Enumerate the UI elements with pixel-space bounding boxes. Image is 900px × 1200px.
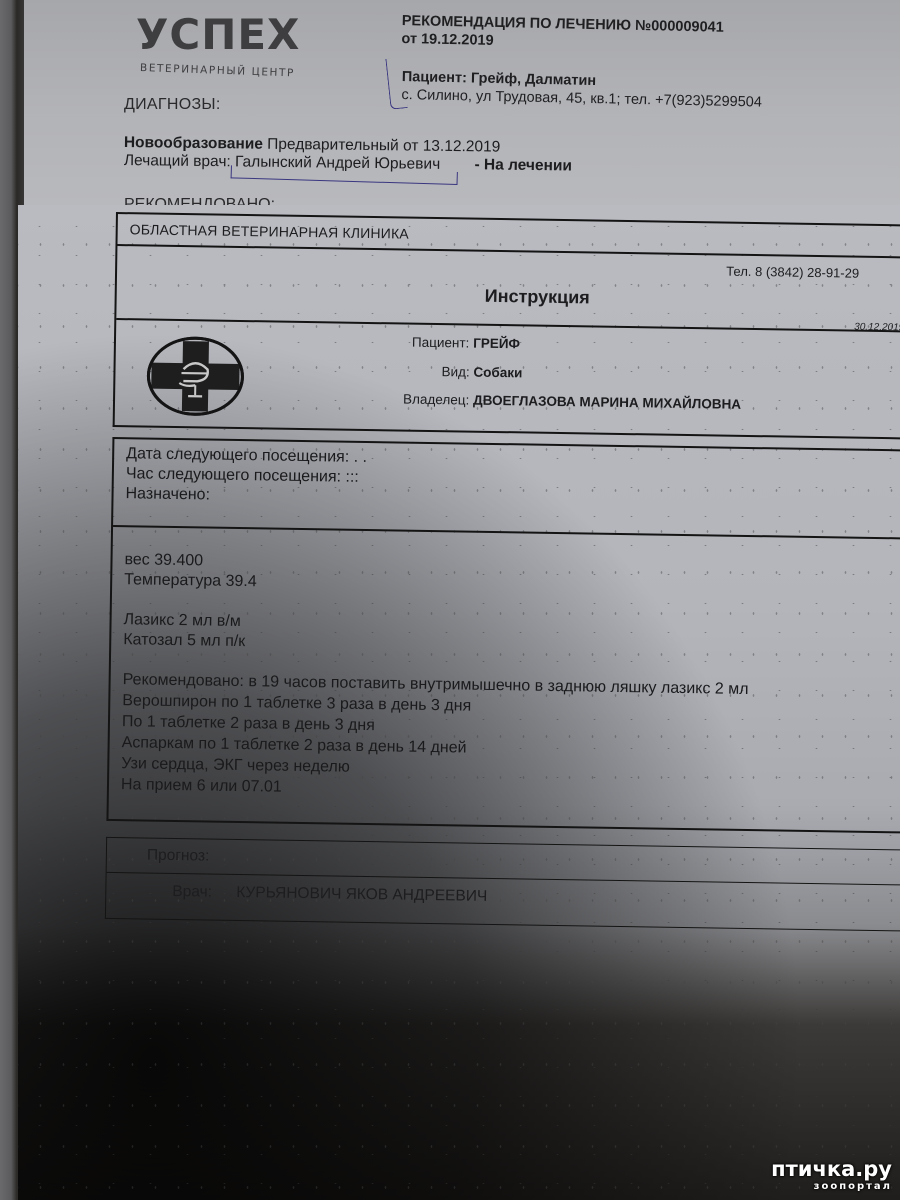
doctor-label: Врач:: [172, 883, 212, 901]
recommendation-patient: Пациент: Грейф, Далматин с. Силино, ул Т…: [401, 68, 762, 112]
header-box: ОБЛАСТНАЯ ВЕТЕРИНАРНАЯ КЛИНИКА Тел. 8 (3…: [113, 212, 900, 440]
med-line: Лазикс 2 мл в/м: [123, 611, 240, 631]
instruction-form: ОБЛАСТНАЯ ВЕТЕРИНАРНАЯ КЛИНИКА Тел. 8 (3…: [105, 212, 900, 931]
divider: [113, 525, 900, 540]
treating-doctor-name: Галынский Андрей Юрьевич: [235, 153, 440, 173]
signature-box: Прогноз: Врач: КУРЬЯНОВИЧ ЯКОВ АНДРЕЕВИЧ: [105, 837, 900, 932]
medical-cross-bowl-snake-icon: [145, 334, 246, 418]
owner-field-value: ДВОЕГЛАЗОВА МАРИНА МИХАЙЛОВНА: [473, 393, 741, 412]
owner-field: Владелец: ДВОЕГЛАЗОВА МАРИНА МИХАЙЛОВНА: [403, 392, 741, 412]
watermark-main: птичка.ру: [771, 1159, 892, 1180]
patient-field-value: ГРЕЙФ: [473, 336, 520, 352]
prognosis-label: Прогноз:: [147, 847, 210, 866]
recommendation-line: По 1 таблетке 2 раза в день 3 дня: [122, 713, 375, 735]
patient-row: Пациент: ГРЕЙФ Вид: Собаки Владелец: ДВО…: [115, 320, 900, 438]
recommendation-line: На прием 6 или 07.01: [121, 776, 282, 797]
weight: вес 39.400: [124, 551, 203, 570]
clinic-phone: Тел. 8 (3842) 28-91-29: [726, 264, 859, 281]
owner-field-label: Владелец:: [403, 392, 469, 408]
patient-label: Пациент:: [402, 69, 467, 86]
next-visit-time: Час следующего посещения: :::: [126, 465, 359, 487]
temperature: Температура 39.4: [124, 571, 257, 591]
recommendation-line: Узи сердца, ЭКГ через неделю: [121, 755, 350, 777]
species-field: Вид: Собаки: [441, 364, 522, 380]
treating-doctor-label: Лечащий врач:: [124, 152, 231, 170]
patient-field: Пациент: ГРЕЙФ: [412, 335, 520, 352]
clinic-logo: УСПЕХ ВЕТЕРИНАРНЫЙ ЦЕНТР: [136, 0, 300, 74]
med-line: Катозал 5 мл п/к: [123, 631, 245, 651]
diagnosis-status: - На лечении: [474, 156, 572, 174]
patient-value: Грейф, Далматин: [471, 70, 597, 89]
diagnosis-detail: Предварительный от 13.12.2019: [267, 136, 500, 156]
diagnosis-name: Новообразование: [124, 134, 263, 153]
doctor-name: КУРЬЯНОВИЧ ЯКОВ АНДРЕЕВИЧ: [236, 884, 487, 905]
watermark-sub: зоопортал: [771, 1181, 892, 1192]
recommendation-header: РЕКОМЕНДАЦИЯ ПО ЛЕЧЕНИЮ №000009041 от 19…: [401, 12, 724, 55]
recommendation-line: Верошпирон по 1 таблетке 3 раза в день 3…: [122, 692, 471, 715]
species-field-label: Вид:: [441, 364, 469, 379]
document-title: Инструкция: [485, 286, 590, 309]
watermark: птичка.ру зоопортал: [771, 1159, 892, 1192]
species-field-value: Собаки: [473, 365, 522, 381]
assigned-label: Назначено:: [125, 485, 210, 504]
logo-brand: УСПЕХ: [136, 14, 300, 56]
doctor-line: Врач: КУРЬЯНОВИЧ ЯКОВ АНДРЕЕВИЧ: [172, 883, 487, 906]
clinic-name: ОБЛАСТНАЯ ВЕТЕРИНАРНАЯ КЛИНИКА: [130, 221, 409, 241]
recommendation-line: Аспаркам по 1 таблетке 2 раза в день 14 …: [122, 734, 467, 757]
prescription-box: Дата следующего посещения: . . Час следу…: [106, 437, 900, 834]
next-visit-date: Дата следующего посещения: . .: [126, 445, 367, 467]
patient-field-label: Пациент:: [412, 335, 470, 351]
title-row: Тел. 8 (3842) 28-91-29 Инструкция: [116, 246, 900, 333]
diagnoses-label: ДИАГНОЗЫ:: [124, 96, 221, 114]
